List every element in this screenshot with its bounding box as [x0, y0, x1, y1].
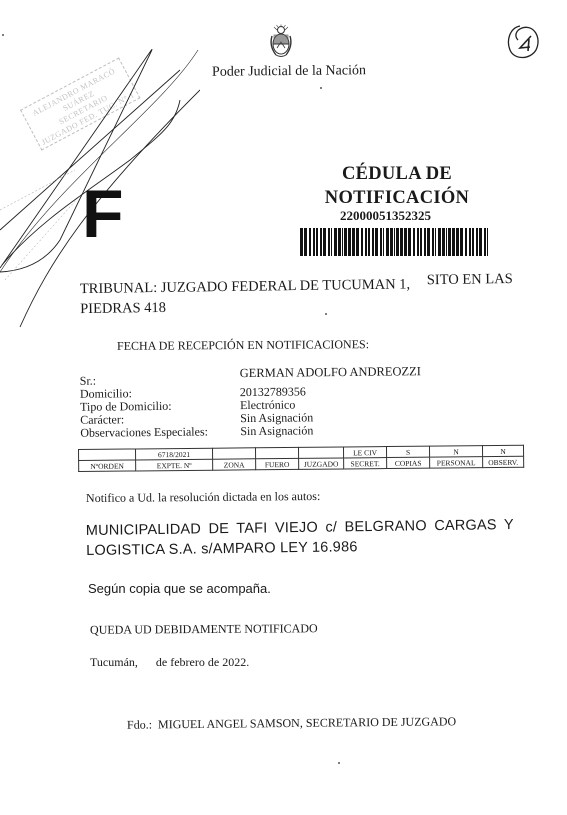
field-row-observaciones: Observaciones Especiales: Sin Asignación [80, 423, 421, 440]
case-metadata-table: 6718/2021 LE CIV S N N NºORDEN EXPTE. Nº… [78, 445, 524, 472]
place: Tucumán, [90, 655, 138, 669]
notification-intro: Notifico a Ud. la resolución dictada en … [86, 489, 320, 506]
speck [338, 762, 340, 764]
tribunal-address: TRIBUNAL: JUZGADO FEDERAL DE TUCUMAN 1, … [80, 273, 521, 319]
tribunal-line-1-tail: SITO EN LAS [427, 269, 513, 290]
reception-date-label: FECHA DE RECEPCIÓN EN NOTIFICACIONES: [117, 337, 369, 354]
court-name: Poder Judicial de la Nación [212, 63, 366, 81]
notified-statement: QUEDA UD DEBIDAMENTE NOTIFICADO [90, 621, 318, 638]
case-caption: MUNICIPALIDAD DE TAFI VIEJO c/ BELGRANO … [86, 515, 515, 561]
place-and-date: Tucumán,de febrero de 2022. [90, 655, 249, 670]
barcode-icon [300, 228, 490, 256]
copy-attached-note: Según copia que se acompaña. [88, 581, 271, 596]
speck [2, 34, 4, 36]
document-title: CÉDULA DE NOTIFICACIÓN [322, 162, 472, 210]
date: de febrero de 2022. [156, 655, 249, 669]
recipient-fields: Sr.: GERMAN ADOLFO ANDREOZZI Domicilio: … [80, 365, 422, 440]
signatory-name: MIGUEL ANGEL SAMSON, SECRETARIO DE JUZGA… [158, 714, 456, 731]
argentina-coat-of-arms-icon [268, 24, 294, 60]
page-number-handwritten [500, 18, 546, 64]
speck [320, 87, 322, 89]
speck [325, 313, 327, 315]
cedula-number: 22000051352325 [340, 208, 431, 224]
signature-line: Fdo.:MIGUEL ANGEL SAMSON, SECRETARIO DE … [127, 714, 456, 732]
form-type-letter: F [82, 180, 124, 248]
signature-label: Fdo.: [127, 717, 152, 731]
